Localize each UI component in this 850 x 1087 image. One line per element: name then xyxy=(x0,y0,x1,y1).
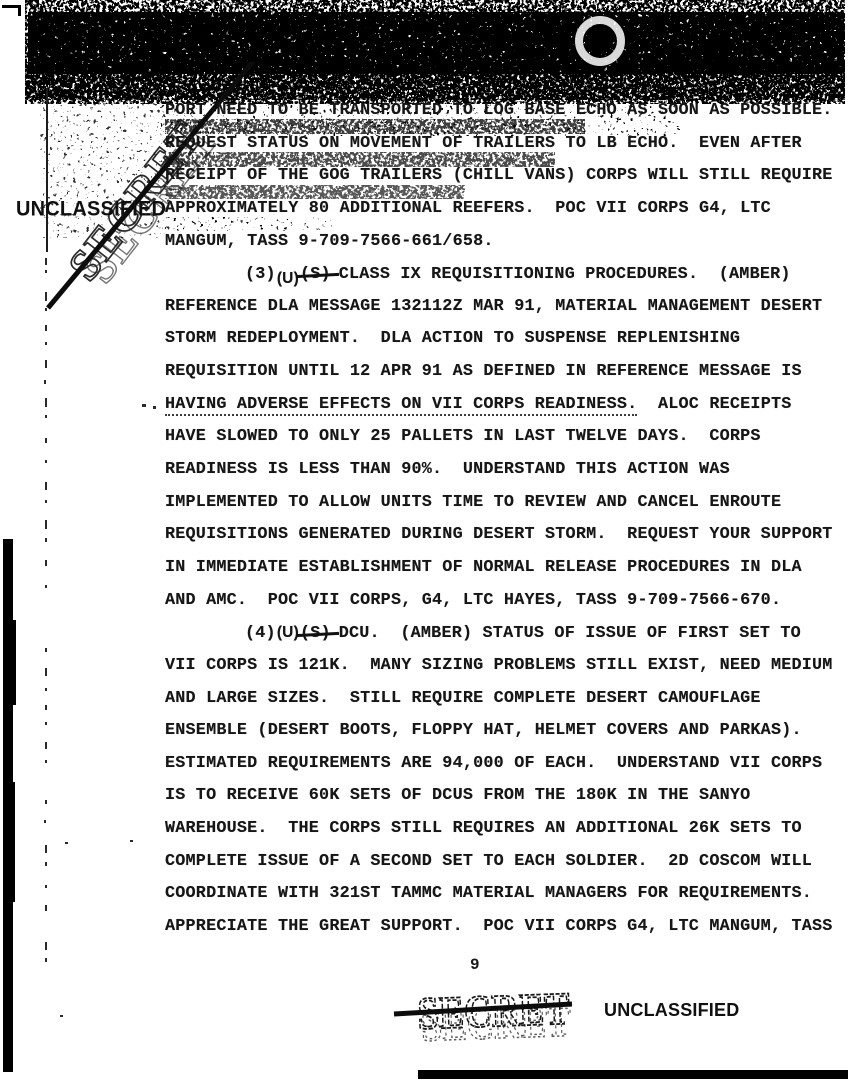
margin-dash xyxy=(45,438,47,443)
text-line: PORT NEED TO BE TRANSPORTED TO LOG BASE … xyxy=(165,95,833,128)
text-line: AND LARGE SIZES. STILL REQUIRE COMPLETE … xyxy=(165,683,833,716)
text-line: REQUISITIONS GENERATED DURING DESERT STO… xyxy=(165,519,833,552)
left-black-bar-notch xyxy=(3,620,16,705)
text-line: READINESS IS LESS THAN 90%. UNDERSTAND T… xyxy=(165,454,833,487)
margin-dash xyxy=(153,406,156,409)
document-page: SECRET SECRET UNCLASSIFIED PORT NEED TO … xyxy=(0,0,850,1087)
paragraph-number: (3) xyxy=(245,265,276,284)
text-line: IS TO RECEIVE 60K SETS OF DCUS FROM THE … xyxy=(165,780,833,813)
text-line: MANGUM, TASS 9-709-7566-661/658. xyxy=(165,226,833,259)
paragraph-number: (4) xyxy=(245,624,276,643)
margin-dash xyxy=(45,415,47,418)
margin-dash xyxy=(45,742,47,749)
unclassified-stamp-top: UNCLASSIFIED xyxy=(16,197,166,221)
margin-dash xyxy=(45,325,47,331)
margin-dash xyxy=(45,885,47,888)
margin-dash xyxy=(45,342,47,345)
margin-dash xyxy=(45,942,47,950)
margin-dash xyxy=(45,705,47,710)
unclassified-stamp-bottom: UNCLASSIFIED xyxy=(604,1000,739,1021)
secret-stamp-text: SECRET xyxy=(417,983,571,1039)
underlined-text: HAVING ADVERSE EFFECTS ON VII CORPS READ… xyxy=(165,395,637,416)
text-line: REFERENCE DLA MESSAGE 132112Z MAR 91, MA… xyxy=(165,291,833,324)
text-line: VII CORPS IS 121K. MANY SIZING PROBLEMS … xyxy=(165,650,833,683)
margin-dash xyxy=(45,958,47,962)
classification-mark-struck: (S) xyxy=(300,618,331,651)
text-line: WAREHOUSE. THE CORPS STILL REQUIRES AN A… xyxy=(165,813,833,846)
text-line: REQUISITION UNTIL 12 APR 91 AS DEFINED I… xyxy=(165,356,833,389)
margin-dash xyxy=(45,258,47,265)
left-margin-line xyxy=(46,88,48,252)
text-line: RECEIPT OF THE GOG TRAILERS (CHILL VANS)… xyxy=(165,160,833,193)
text-line: APPRECIATE THE GREAT SUPPORT. POC VII CO… xyxy=(165,911,833,944)
margin-dash xyxy=(45,308,47,311)
margin-dash xyxy=(45,668,47,676)
margin-dash xyxy=(45,270,47,273)
margin-dash xyxy=(45,398,47,407)
line-text: DCU. (AMBER) STATUS OF ISSUE OF FIRST SE… xyxy=(339,624,801,643)
margin-dash xyxy=(45,460,47,463)
text-line: COMPLETE ISSUE OF A SECOND SET TO EACH S… xyxy=(165,846,833,879)
margin-dash xyxy=(45,688,47,691)
text-line: IMPLEMENTED TO ALLOW UNITS TIME TO REVIE… xyxy=(165,487,833,520)
margin-dash xyxy=(45,360,47,368)
text-line: (4)(U)(S)DCU. (AMBER) STATUS OF ISSUE OF… xyxy=(165,617,833,650)
margin-dash xyxy=(45,722,47,725)
hole-punch-halo xyxy=(579,20,621,62)
text-line: HAVING ADVERSE EFFECTS ON VII CORPS READ… xyxy=(165,389,833,422)
margin-dash xyxy=(142,404,146,407)
margin-dash xyxy=(45,648,47,652)
margin-dash xyxy=(44,380,46,384)
margin-dash xyxy=(45,845,47,853)
line-text: CLASS IX REQUISITIONING PROCEDURES. (AMB… xyxy=(339,265,791,284)
margin-dash xyxy=(60,1015,63,1017)
text-line: REQUEST STATUS ON MOVEMENT OF TRAILERS T… xyxy=(165,128,833,161)
text-line: APPROXIMATELY 80 ADDITIONAL REEFERS. POC… xyxy=(165,193,833,226)
margin-dash xyxy=(45,520,47,529)
margin-dash xyxy=(45,292,47,301)
margin-dash xyxy=(130,840,133,842)
text-line: ESTIMATED REQUIREMENTS ARE 94,000 OF EAC… xyxy=(165,748,833,781)
text-line: ENSEMBLE (DESERT BOOTS, FLOPPY HAT, HELM… xyxy=(165,715,833,748)
text-line: STORM REDEPLOYMENT. DLA ACTION TO SUSPEN… xyxy=(165,323,833,356)
text-line: IN IMMEDIATE ESTABLISHMENT OF NORMAL REL… xyxy=(165,552,833,585)
margin-dash xyxy=(45,760,47,763)
secret-stamp-crossed-bottom: SECRET SECRET xyxy=(392,978,622,1068)
strike-line xyxy=(394,1004,572,1014)
text-line: (3)(U)(S)CLASS IX REQUISITIONING PROCEDU… xyxy=(165,258,833,291)
corner-crop-mark-vertical xyxy=(18,5,21,16)
margin-dash xyxy=(45,482,47,490)
margin-dash xyxy=(45,500,47,503)
margin-dash xyxy=(65,842,68,844)
bottom-black-bar xyxy=(418,1070,848,1079)
margin-dash xyxy=(45,560,47,566)
secret-stamp-text-ghost: SECRET xyxy=(420,995,572,1051)
margin-dash xyxy=(45,585,47,588)
line-text: ALOC RECEIPTS xyxy=(637,395,791,414)
page-number: 9 xyxy=(470,956,480,974)
text-line: COORDINATE WITH 321ST TAMMC MATERIAL MAN… xyxy=(165,878,833,911)
margin-dash xyxy=(44,820,46,823)
margin-dash xyxy=(45,862,47,866)
classification-mark-struck: (S) xyxy=(300,259,331,292)
text-line: HAVE SLOWED TO ONLY 25 PALLETS IN LAST T… xyxy=(165,421,833,454)
left-black-bar-notch xyxy=(3,782,15,902)
hole-punch-dot xyxy=(587,28,613,54)
margin-dash xyxy=(45,800,47,804)
document-body: PORT NEED TO BE TRANSPORTED TO LOG BASE … xyxy=(165,95,833,944)
margin-dash xyxy=(45,905,47,911)
text-line: AND AMC. POC VII CORPS, G4, LTC HAYES, T… xyxy=(165,585,833,618)
margin-dash xyxy=(45,538,47,542)
classification-mark-inserted: (U) xyxy=(277,263,299,296)
